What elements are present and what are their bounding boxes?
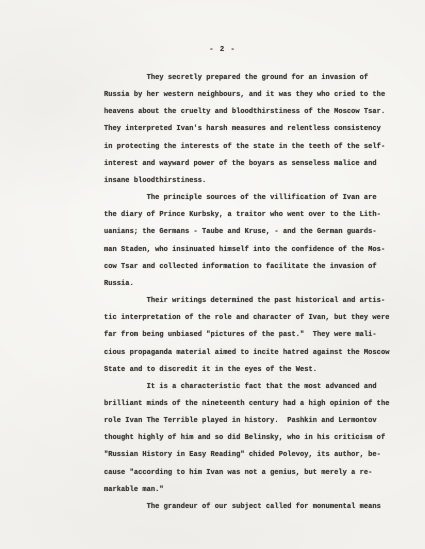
paragraph: The principle sources of the villificati…	[104, 190, 398, 293]
paragraph: The grandeur of our subject called for m…	[104, 499, 398, 516]
paragraph: Their writings determined the past histo…	[104, 293, 398, 379]
paragraph: They secretly prepared the ground for an…	[104, 70, 398, 190]
page-number: - 2 -	[10, 44, 425, 56]
paragraph: It is a characteristic fact that the mos…	[104, 379, 398, 499]
page-body: They secretly prepared the ground for an…	[104, 70, 398, 516]
typewritten-page: - 2 - They secretly prepared the ground …	[0, 0, 425, 549]
